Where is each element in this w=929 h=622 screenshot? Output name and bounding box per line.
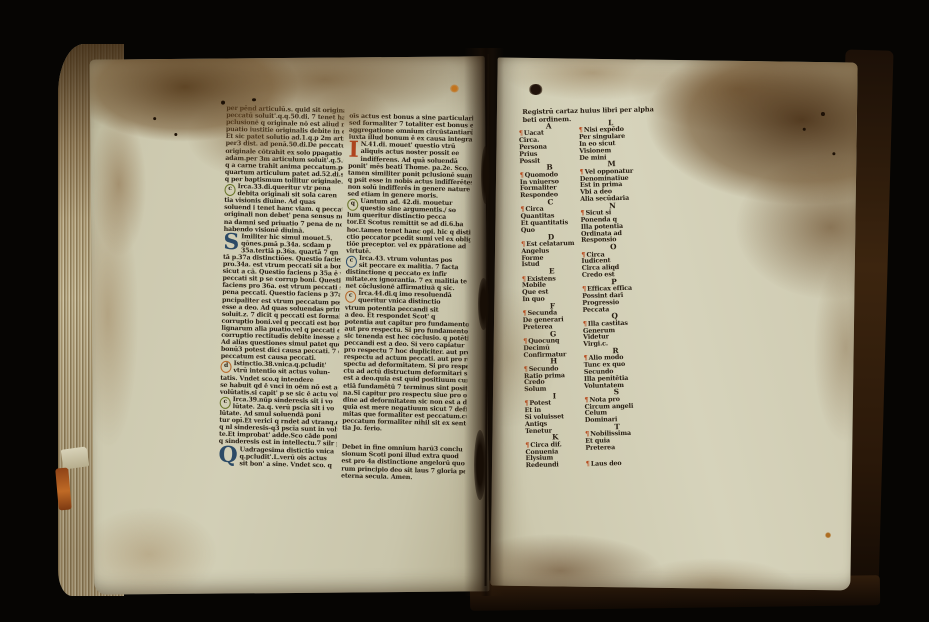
register-entry-text: In quo xyxy=(522,295,545,303)
wormhole-dot xyxy=(174,133,177,136)
text-line: sit bon' a sine. Vndet sco. q xyxy=(239,460,336,469)
register-entry-text: Alia secūdaria xyxy=(580,194,629,203)
paragraph-mark: ¶ xyxy=(586,459,590,467)
register-entry-text: Dominari xyxy=(585,415,618,424)
register-entry: Preterea xyxy=(585,443,649,451)
guide-letter-initial: c xyxy=(220,397,231,409)
left-page-text: per pēnd articulū.s. quid sit originalep… xyxy=(79,54,486,598)
register-group: S¶Nota proCircum angeliCelumDominari xyxy=(584,388,649,424)
wormhole-dot xyxy=(221,101,225,105)
paragraph: IN.41.di. mouet' questio vtrūaliquis act… xyxy=(347,141,472,201)
paragraph: SImiliter hic simul mouet.5.qōnes.pmā p.… xyxy=(221,233,342,363)
register-entry-text: Tenetur xyxy=(525,426,552,435)
right-page: Registrū cartaz huius libri per alpha be… xyxy=(490,58,857,591)
right-page-text: Registrū cartaz huius libri per alpha be… xyxy=(495,52,866,587)
register-group: P¶Efficax efficaPossint darīProgressioPe… xyxy=(582,277,647,313)
paragraph: dIstinctio.38.vnica.q.pcludit'vtrū inten… xyxy=(220,360,339,398)
register-group: M¶Vel opponaturDenominatiueEst in primaV… xyxy=(579,160,644,203)
register-closing: ¶Laus deo xyxy=(586,459,650,467)
register-group: K¶Circa dif.ConueniaElysiumRedeundi xyxy=(525,433,586,469)
register-group: R¶Alio modoTunc ex quoSecundoIlla penitē… xyxy=(583,346,648,389)
wormhole-dot xyxy=(821,112,825,116)
register-group: A¶UacatCirca.PersonaPriusPossit xyxy=(519,122,580,165)
register-entry-text: Redeundi xyxy=(526,461,559,470)
drop-cap-initial: I xyxy=(348,141,359,160)
guide-letter-initial: q xyxy=(347,199,358,211)
guide-letter-initial: c xyxy=(224,184,235,196)
register-entry-text: Quo xyxy=(521,226,535,234)
guide-letter-initial: c xyxy=(345,291,356,303)
register-entry-text: Istud xyxy=(521,260,539,268)
register-entry-text: Solum xyxy=(524,385,546,393)
register-entry-text: Confirmatur xyxy=(523,350,566,359)
register-group: L¶Nisi expēdoPer singulareIn eo sicutVis… xyxy=(579,119,644,162)
register-entry-text: Preterea xyxy=(585,443,615,452)
paragraph: oīs actus est bonus a sine particulari.s… xyxy=(349,113,474,144)
register-column-1: A¶UacatCirca.PersonaPriusPossitB¶Quomodo… xyxy=(519,122,586,469)
paragraph: Debet in fine omnium harū3 conclusionum … xyxy=(341,444,466,482)
register-group: Q¶Illa castitasGenerumVideturVirgi.c. xyxy=(583,312,648,348)
register-entry-text: Preterea xyxy=(523,322,553,331)
thread-knot xyxy=(481,146,490,204)
paragraph: cIrca.43. vtrum voluntas possit peccare … xyxy=(345,254,470,292)
register-group: D¶Est celatarumAngelusFormeIstud xyxy=(521,232,582,268)
register-group: I¶PotestEt inSi voluissetAntiqsTenetur xyxy=(524,392,585,435)
register-entry-text: Virgi.c. xyxy=(583,339,608,348)
register-group: T¶NobilissimaEt quiaPreterea xyxy=(585,422,650,451)
guide-letter-initial: c xyxy=(346,255,357,267)
register-group: N¶Sicut siPonenda qIlla potentiaOrdinata… xyxy=(580,201,645,244)
ink-blot-hole xyxy=(529,84,542,95)
wormhole-dot xyxy=(252,98,256,101)
paragraph: cIrca.33.di.queritur vtr penadebita orig… xyxy=(224,183,343,235)
drop-cap-initial: S xyxy=(223,233,239,252)
register-group: G¶QuocunqDecimūConfirmatur xyxy=(523,329,584,358)
paragraph: qUantum ad. 42.di. moueturquestio sine a… xyxy=(346,198,471,258)
register-entry-text: Possit xyxy=(519,156,540,164)
paragraph: QUadragesima distīctio vnicaq.pcludit'.L… xyxy=(218,445,336,469)
left-page: per pēnd articulū.s. quid sit originalep… xyxy=(90,56,490,594)
drop-cap-initial: Q xyxy=(218,445,237,464)
thread-knot xyxy=(478,278,489,330)
register-entry-text: Credo est xyxy=(582,270,615,279)
register-group: H¶SecundoRatio primaCredoSolum xyxy=(524,357,585,393)
register-group: B¶QuomodoIn vniuersoFormaliterRespondeo xyxy=(519,163,580,199)
wormhole-dot xyxy=(153,117,156,120)
rubrication-mark xyxy=(450,85,459,93)
paragraph: per pēnd articulū.s. quid sit originalep… xyxy=(225,105,345,186)
register-group: E¶ExistensMobileQue estIn quo xyxy=(522,267,583,303)
closing-text: Laus deo xyxy=(591,459,622,468)
rust-spot xyxy=(825,532,831,538)
register-group: F¶SecundaDe generariPreterea xyxy=(522,302,583,331)
paragraph: cIrca.39.nūp sinderesis sit i volūtate. … xyxy=(219,396,338,448)
register-entry: Redeundi xyxy=(526,461,586,469)
wormhole-dot xyxy=(832,152,835,155)
wormhole-dot xyxy=(803,128,806,131)
photograph-of-open-book: per pēnd articulū.s. quid sit originalep… xyxy=(0,0,929,622)
guide-letter-initial: d xyxy=(220,361,231,373)
register-column-2: L¶Nisi expēdoPer singulareIn eo sicutVis… xyxy=(579,119,650,468)
register-entry-text: Peccata xyxy=(582,305,609,314)
paragraph: cIrca.44.di.q imo resoluendāqueritur vni… xyxy=(342,290,469,435)
left-page-column-1: per pēnd articulū.s. quid sit originalep… xyxy=(218,105,344,469)
register-entry-text: De mini xyxy=(579,153,606,162)
gutter-dark-streak xyxy=(474,430,486,500)
register-group: C¶CircaQuantitasEt quantitatisQuo xyxy=(520,198,581,234)
register-group: O¶CircaIudicentCirca aliqdCredo est xyxy=(581,243,646,279)
left-page-column-2: oīs actus est bonus a sine particulari.s… xyxy=(341,113,473,482)
